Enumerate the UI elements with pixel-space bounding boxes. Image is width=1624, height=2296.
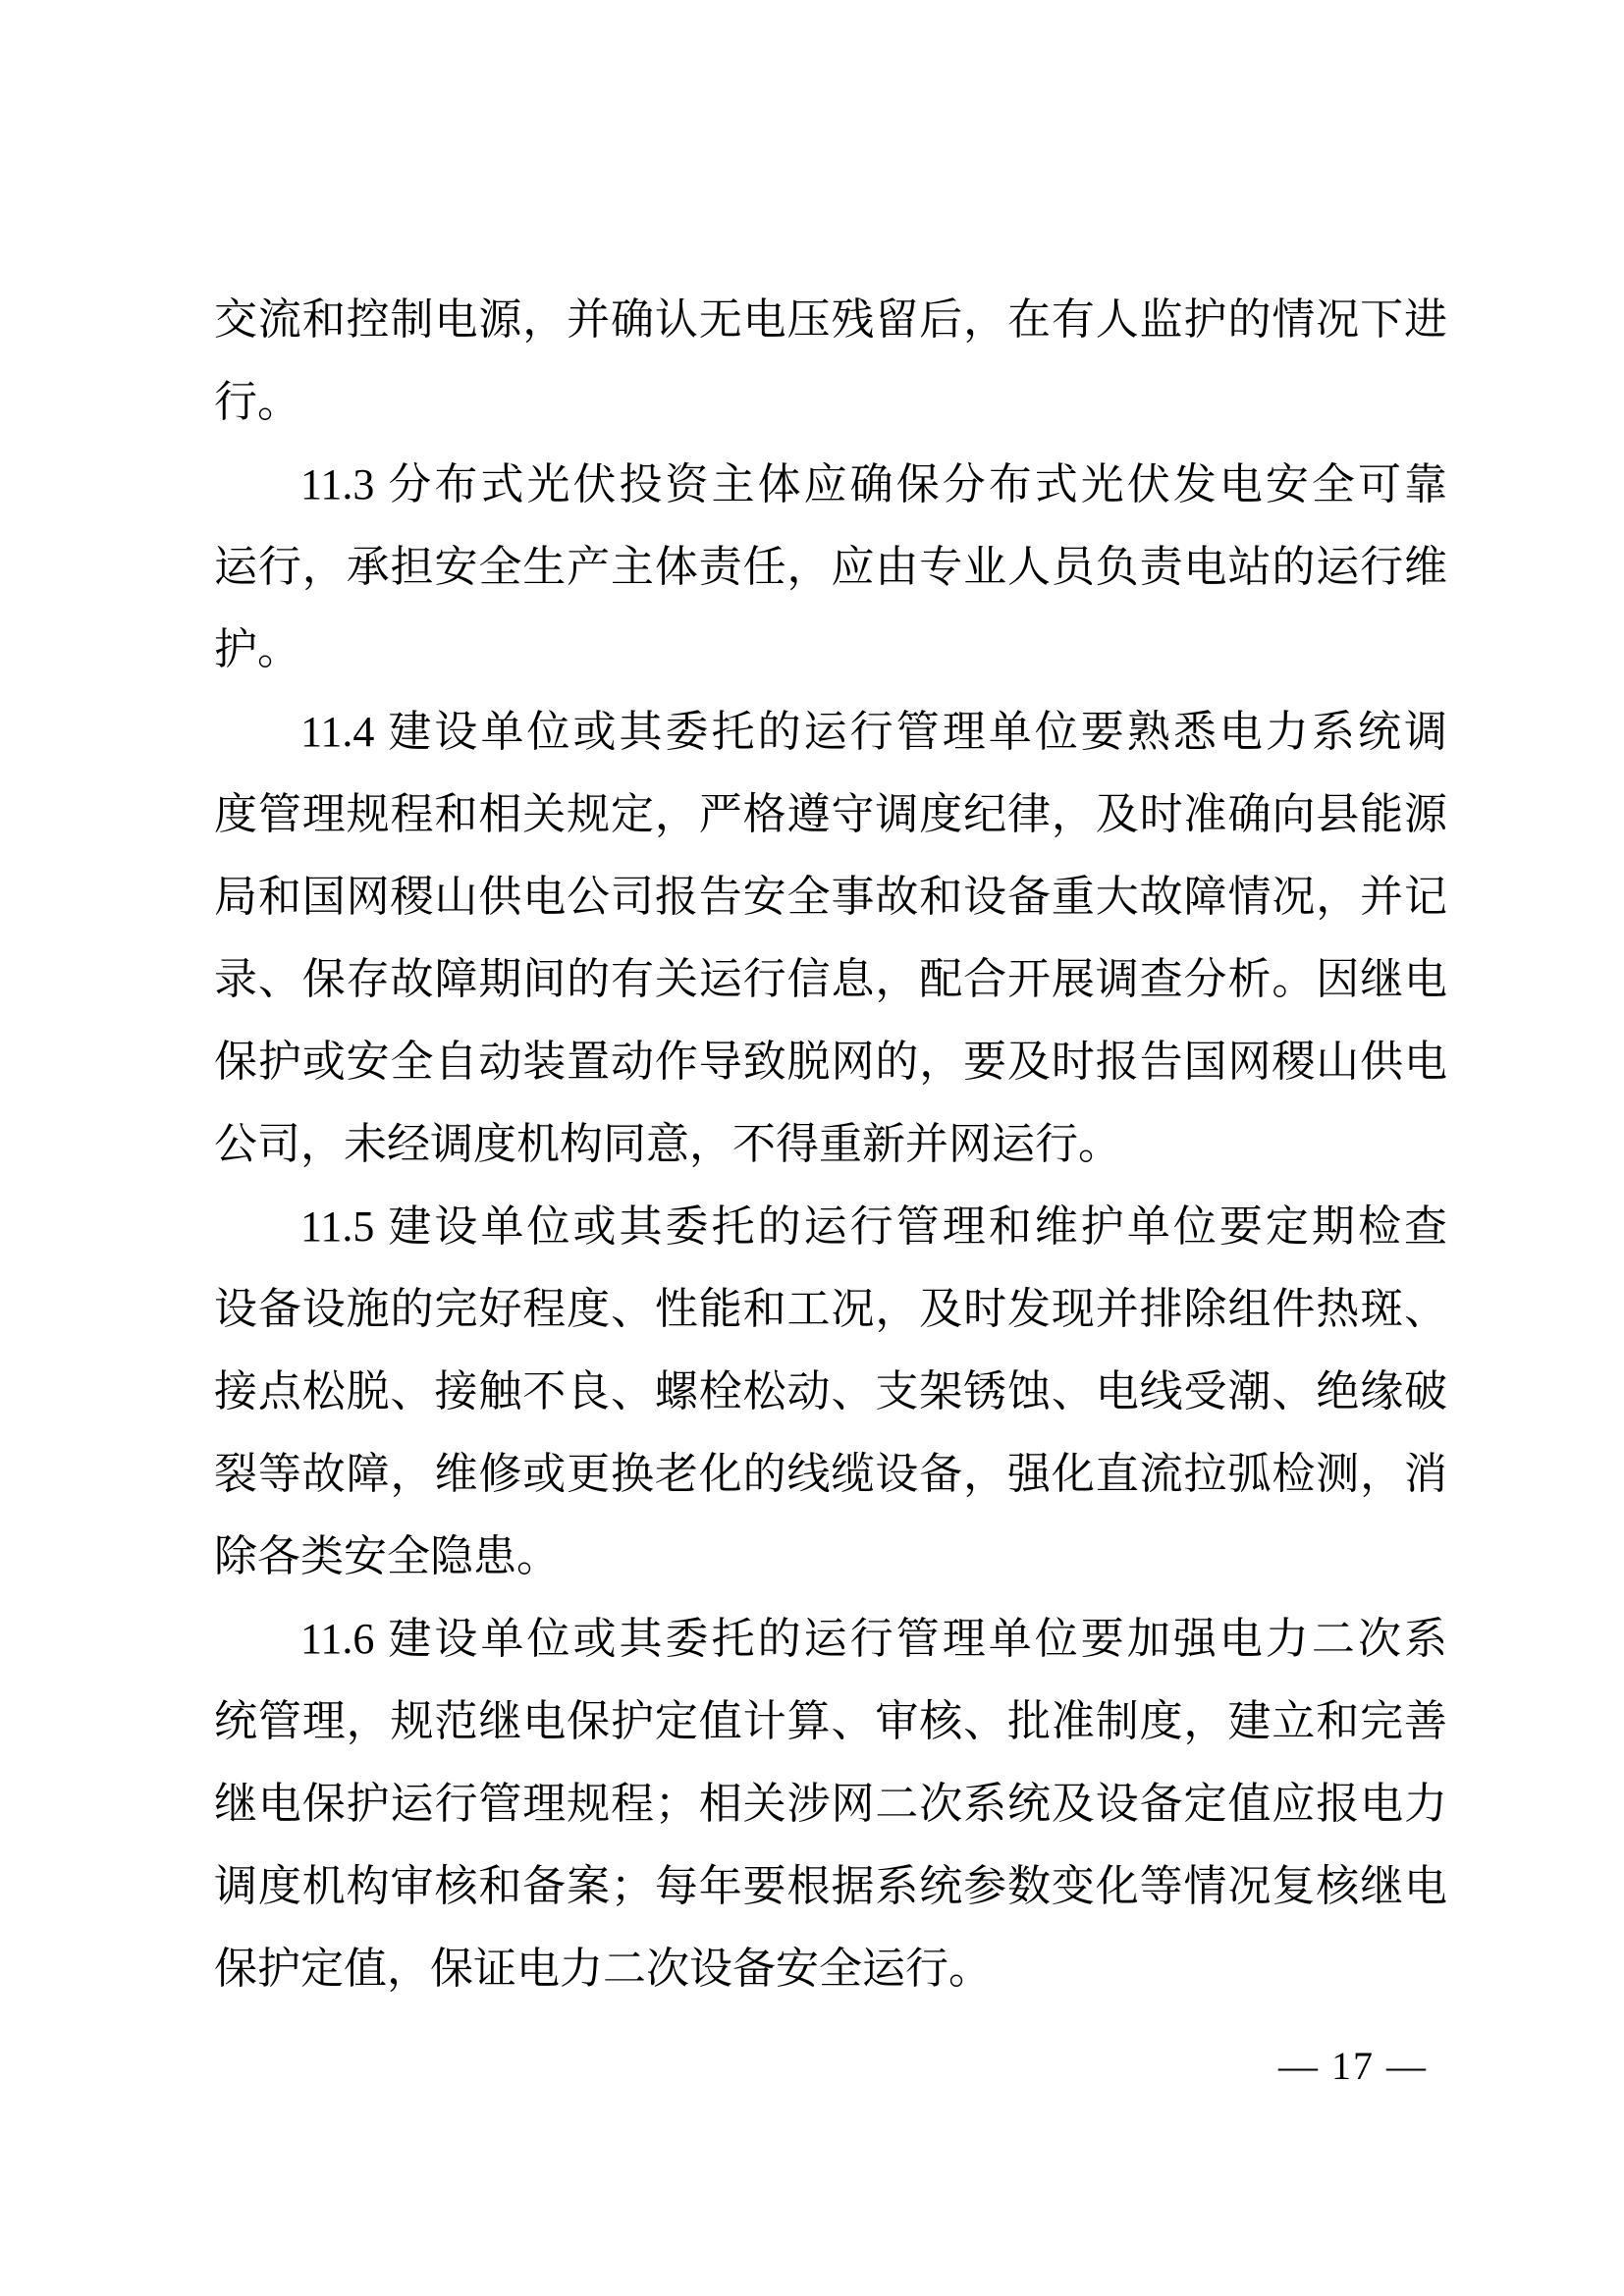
text-line: 调度机构审核和备案；每年要根据系统参数变化等情况复核继电 [214,1845,1447,1928]
text-line: 度管理规程和相关规定，严格遵守调度纪律，及时准确向县能源 [214,774,1447,856]
document-body: 交流和控制电源，并确认无电压残留后，在有人监护的情况下进 行。 11.3 分布式… [214,279,1447,2010]
text-line: 除各类安全隐患。 [214,1516,1447,1598]
text-line: 裂等故障，维修或更换老化的线缆设备，强化直流拉弧检测，消 [214,1433,1447,1516]
text-line: 接点松脱、接触不良、螺栓松动、支架锈蚀、电线受潮、绝缘破 [214,1351,1447,1433]
page-number: — 17 — [1278,2044,1428,2089]
text-line: 保护定值，保证电力二次设备安全运行。 [214,1928,1447,2010]
paragraph-clause-11-5: 11.5 建设单位或其委托的运行管理和维护单位要定期检查 设备设施的完好程度、性… [214,1186,1447,1598]
text-line: 11.4 建设单位或其委托的运行管理单位要熟悉电力系统调 [214,691,1447,774]
text-line: 11.3 分布式光伏投资主体应确保分布式光伏发电安全可靠 [214,444,1447,526]
text-line: 局和国网稷山供电公司报告安全事故和设备重大故障情况，并记 [214,856,1447,938]
text-line: 11.5 建设单位或其委托的运行管理和维护单位要定期检查 [214,1186,1447,1268]
text-line: 公司，未经调度机构同意，不得重新并网运行。 [214,1103,1447,1186]
text-line: 保护或安全自动装置动作导致脱网的，要及时报告国网稷山供电 [214,1021,1447,1103]
paragraph-clause-11-4: 11.4 建设单位或其委托的运行管理单位要熟悉电力系统调 度管理规程和相关规定，… [214,691,1447,1186]
text-line: 录、保存故障期间的有关运行信息，配合开展调查分析。因继电 [214,938,1447,1021]
text-line: 设备设施的完好程度、性能和工况，及时发现并排除组件热斑、 [214,1268,1447,1351]
text-line: 继电保护运行管理规程；相关涉网二次系统及设备定值应报电力 [214,1763,1447,1845]
text-line: 11.6 建设单位或其委托的运行管理单位要加强电力二次系 [214,1598,1447,1681]
text-line: 护。 [214,609,1447,691]
text-line: 统管理，规范继电保护定值计算、审核、批准制度，建立和完善 [214,1681,1447,1763]
text-line: 交流和控制电源，并确认无电压残留后，在有人监护的情况下进 [214,279,1447,361]
document-page: 交流和控制电源，并确认无电压残留后，在有人监护的情况下进 行。 11.3 分布式… [0,0,1624,2296]
paragraph-clause-11-3: 11.3 分布式光伏投资主体应确保分布式光伏发电安全可靠 运行，承担安全生产主体… [214,444,1447,691]
text-line: 行。 [214,361,1447,444]
paragraph-clause-11-6: 11.6 建设单位或其委托的运行管理单位要加强电力二次系 统管理，规范继电保护定… [214,1598,1447,2010]
text-line: 运行，承担安全生产主体责任，应由专业人员负责电站的运行维 [214,526,1447,609]
paragraph-continuation: 交流和控制电源，并确认无电压残留后，在有人监护的情况下进 行。 [214,279,1447,444]
